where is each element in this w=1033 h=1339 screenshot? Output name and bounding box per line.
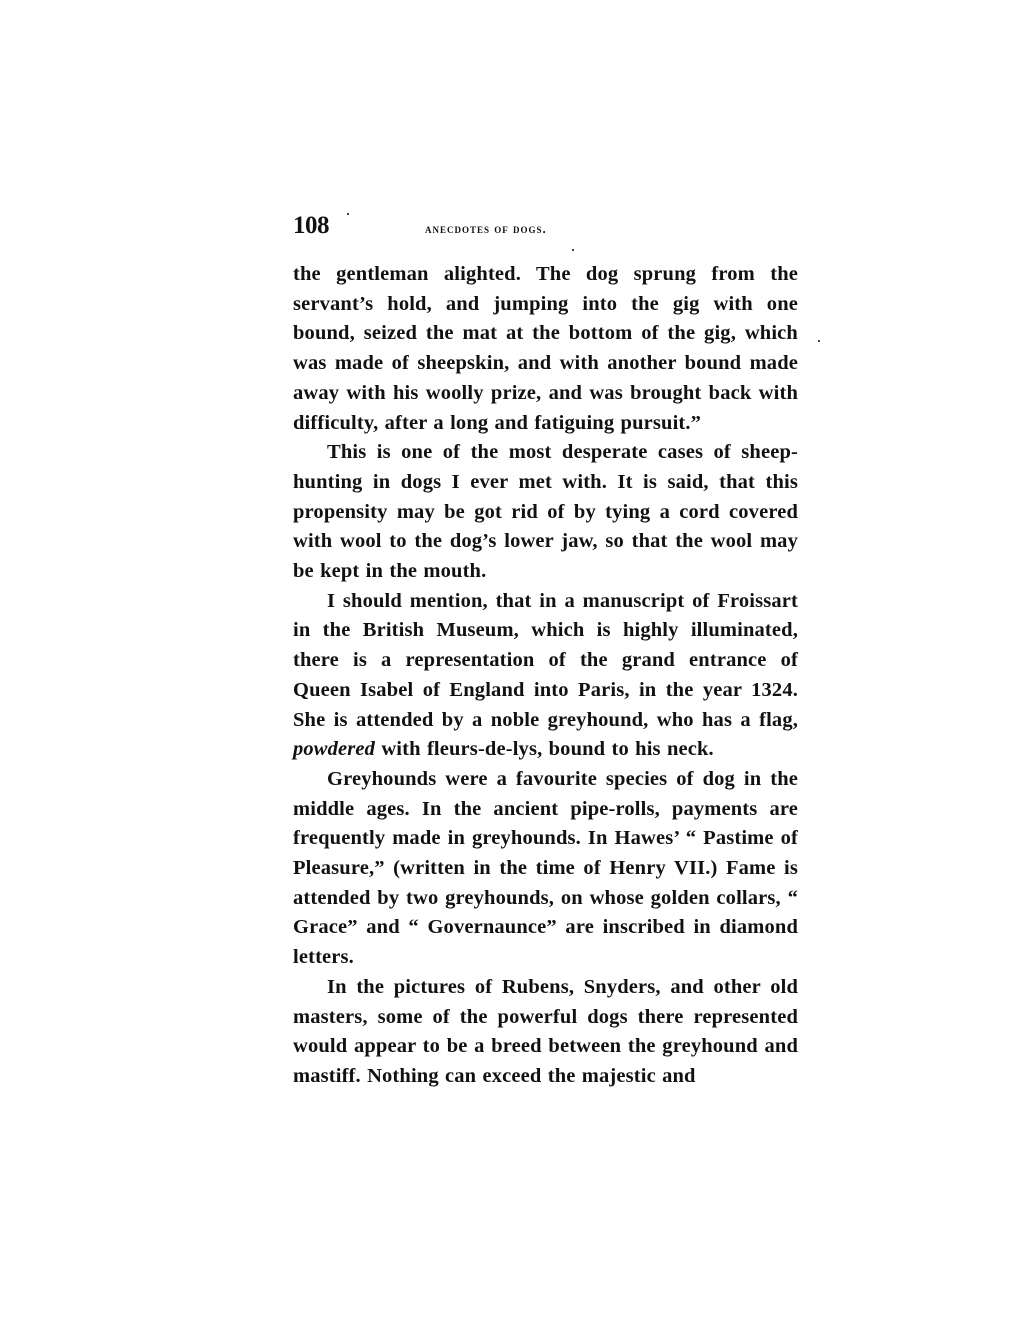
running-title: ANECDOTES OF DOGS.	[425, 221, 547, 237]
body-text: the gentleman alighted. The dog sprung f…	[293, 260, 798, 1092]
scan-speck	[818, 340, 820, 342]
paragraph-3-part-2: with fleurs-de-lys, bound to his neck.	[375, 738, 714, 760]
paragraph-3-part-1: I should mention, that in a manuscript o…	[293, 590, 798, 731]
paragraph-4: Greyhounds were a favourite species of d…	[293, 765, 798, 973]
page-number: 108	[293, 212, 329, 240]
scan-speck	[572, 249, 574, 251]
book-page: 108 ANECDOTES OF DOGS. the gentleman ali…	[293, 212, 798, 1092]
paragraph-5: In the pictures of Rubens, Snyders, and …	[293, 973, 798, 1092]
paragraph-2: This is one of the most desperate cases …	[293, 438, 798, 587]
running-head: 108 ANECDOTES OF DOGS.	[293, 212, 798, 252]
scan-speck	[347, 213, 349, 215]
paragraph-1: the gentleman alighted. The dog sprung f…	[293, 260, 798, 438]
paragraph-3-italic: powdered	[293, 738, 375, 760]
paragraph-3: I should mention, that in a manuscript o…	[293, 587, 798, 765]
